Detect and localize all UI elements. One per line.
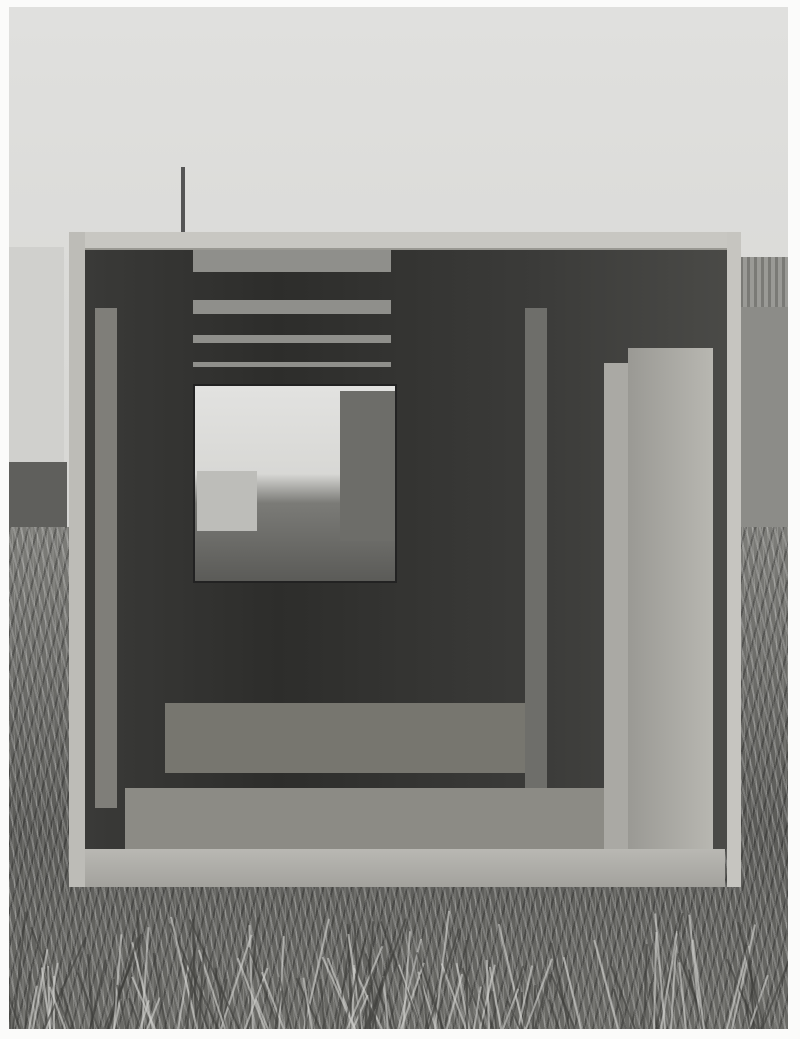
grass-blade: [320, 979, 327, 1029]
grass-blade: [9, 955, 11, 1029]
grass-blade: [152, 952, 166, 1029]
grass-blade: [189, 919, 240, 1029]
grass-blade: [12, 912, 27, 1029]
grass-blade: [593, 940, 619, 1029]
grass-blade: [548, 999, 560, 1029]
grass-blade: [89, 960, 107, 1029]
grass-blade: [643, 944, 648, 1029]
grass-blade: [465, 940, 468, 1029]
grass-blades: [9, 7, 788, 1029]
grass-blade: [550, 975, 575, 1029]
photograph: [9, 7, 788, 1029]
